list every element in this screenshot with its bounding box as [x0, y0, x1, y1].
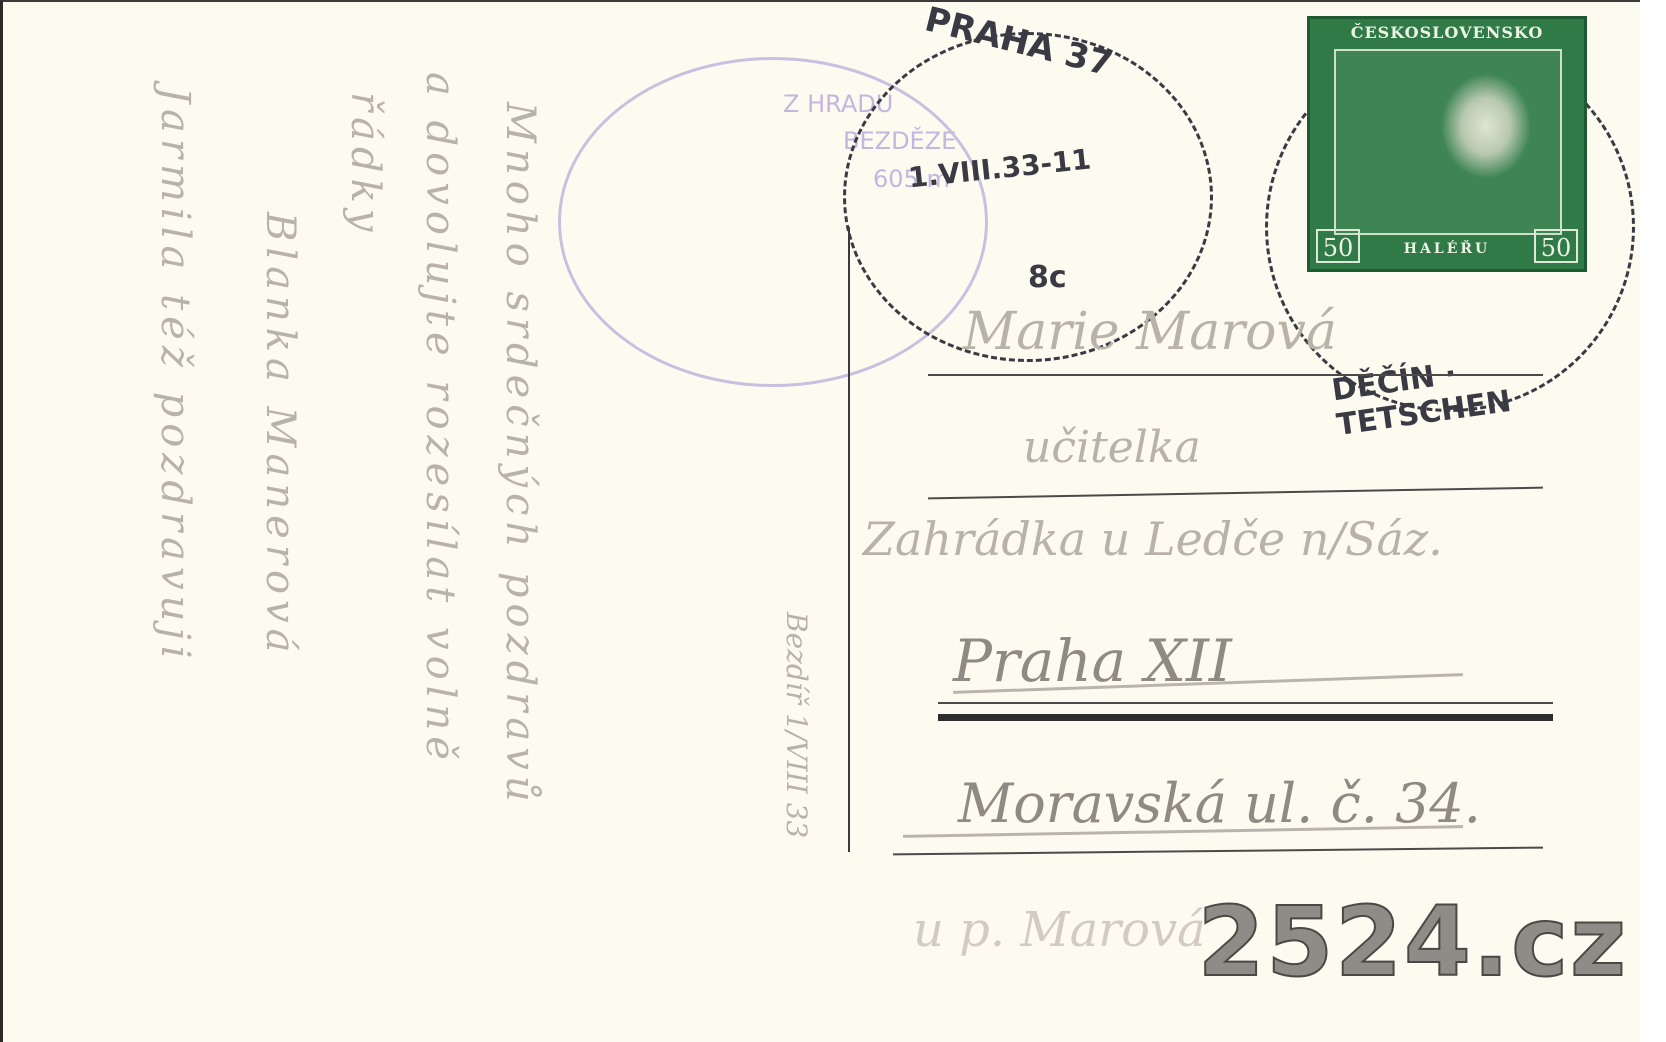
portrait-icon — [1334, 49, 1562, 235]
address-rule-4 — [893, 847, 1543, 856]
message-line-3: řádky — [342, 92, 388, 237]
message-line-2: a dovolujte rozesílat volně — [417, 72, 463, 766]
postage-stamp: ČESKOSLOVENSKO 50 HALÉŘU 50 — [1307, 16, 1587, 272]
message-line-1: Mnoho srdečných pozdravů — [497, 102, 543, 808]
place-date: Bezdíř 1/VIII 33 — [780, 612, 813, 838]
message-line-4: Blanka Manerová — [257, 212, 303, 658]
watermark: 2524.cz — [1198, 886, 1628, 998]
stamp-country: ČESKOSLOVENSKO — [1310, 23, 1584, 42]
address-rule-1 — [928, 374, 1543, 376]
address-rule-3-thick — [938, 714, 1553, 721]
message-line-5: Jarmila též pozdravuji — [152, 87, 198, 665]
vertical-divider — [848, 227, 850, 852]
stamp-value-right: 50 — [1534, 229, 1578, 263]
address-line-6: u p. Marová — [913, 902, 1206, 958]
address-line-3: Zahrádka u Ledče n/Sáz. — [863, 512, 1443, 566]
address-rule-3 — [938, 702, 1553, 704]
address-line-2: učitelka — [1023, 422, 1201, 473]
postcard: Mnoho srdečných pozdravů a dovolujte roz… — [0, 0, 1640, 1042]
address-rule-2 — [928, 487, 1543, 500]
postmark-praha-code: 8c — [1028, 260, 1067, 295]
address-line-1: Marie Marová — [963, 302, 1337, 362]
